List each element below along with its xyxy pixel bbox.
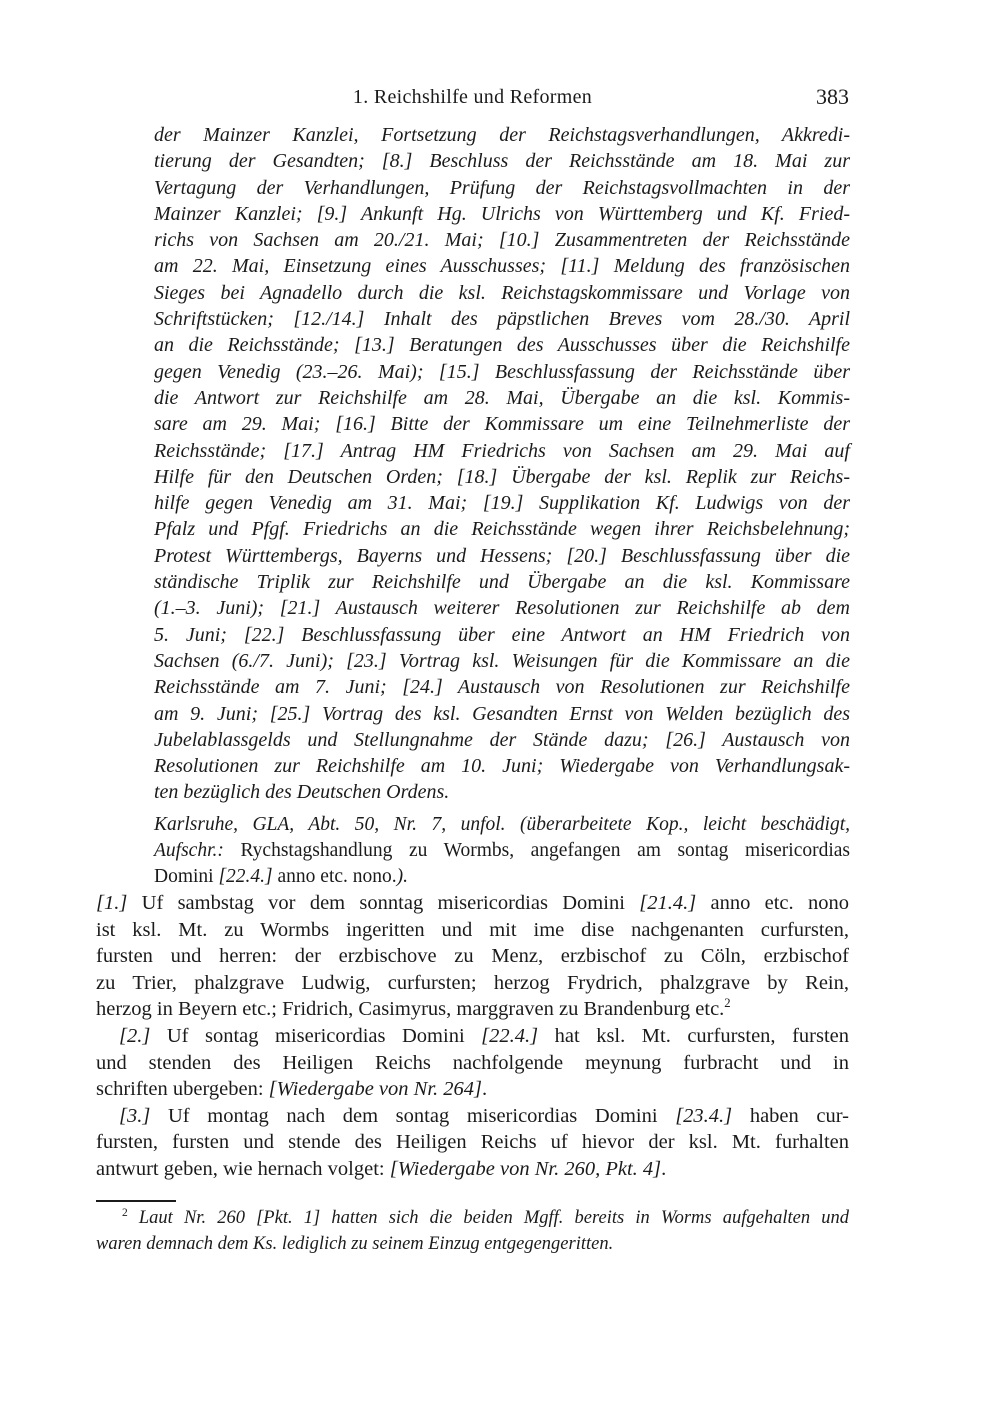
- text-line: [1.] Uf sambstag vor dem sonntag miseric…: [96, 890, 849, 917]
- text-line: richs von Sachsen am 20./21. Mai; [10.] …: [154, 227, 850, 253]
- text-line: hilfe gegen Venedig am 31. Mai; [19.] Su…: [154, 490, 850, 516]
- summary-paragraph: der Mainzer Kanzlei, Fortsetzung der Rei…: [154, 122, 850, 806]
- text-line: (1.–3. Juni); [21.] Austausch weiterer R…: [154, 595, 850, 621]
- text-line: ist ksl. Mt. zu Wormbs ingeritten und mi…: [96, 917, 849, 944]
- body-paragraph: [1.] Uf sambstag vor dem sonntag miseric…: [96, 890, 849, 1023]
- footnote: 2 Laut Nr. 260 [Pkt. 1] hatten sich die …: [96, 1205, 849, 1257]
- text-line: Resolutionen zur Reichshilfe am 10. Juni…: [154, 753, 850, 779]
- text-line: [2.] Uf sontag misericordias Domini [22.…: [96, 1023, 849, 1050]
- text-line: Jubelablassgelds und Stellungnahme der S…: [154, 727, 850, 753]
- text-line: gegen Venedig (23.–26. Mai); [15.] Besch…: [154, 359, 850, 385]
- text-line: am 9. Juni; [25.] Vortrag des ksl. Gesan…: [154, 701, 850, 727]
- page-header: 1. Reichshilfe und Reformen 383: [96, 86, 849, 112]
- text-line: Pfalz und Pfgf. Friedrichs an die Reichs…: [154, 516, 850, 542]
- text-line: Protest Württembergs, Bayerns und Hessen…: [154, 543, 850, 569]
- body-paragraph: [3.] Uf montag nach dem sontag misericor…: [96, 1103, 849, 1183]
- text-line: 2 Laut Nr. 260 [Pkt. 1] hatten sich die …: [96, 1205, 849, 1231]
- text-line: Aufschr.: Rychstagshandlung zu Wormbs, a…: [154, 838, 850, 864]
- text-line: 5. Juni; [22.] Beschlussfassung über ein…: [154, 622, 850, 648]
- text-line: antwurt geben, wie hernach volget: [Wied…: [96, 1156, 849, 1183]
- source-note: Karlsruhe, GLA, Abt. 50, Nr. 7, unfol. (…: [154, 812, 850, 890]
- text-line: fursten, fursten und stende des Heiligen…: [96, 1129, 849, 1156]
- text-line: schriften ubergeben: [Wiedergabe von Nr.…: [96, 1076, 849, 1103]
- text-line: zu Trier, phalzgrave Ludwig, curfursten;…: [96, 970, 849, 997]
- running-title: 1. Reichshilfe und Reformen: [96, 86, 849, 109]
- text-line: fursten und herren: der erzbischove zu M…: [96, 943, 849, 970]
- text-line: an die Reichsstände; [13.] Beratungen de…: [154, 332, 850, 358]
- text-line: Karlsruhe, GLA, Abt. 50, Nr. 7, unfol. (…: [154, 812, 850, 838]
- text-line: herzog in Beyern etc.; Fridrich, Casimyr…: [96, 996, 849, 1023]
- text-line: und stenden des Heiligen Reichs nachfolg…: [96, 1050, 849, 1077]
- book-page: 1. Reichshilfe und Reformen 383 der Main…: [0, 0, 1004, 1418]
- text-line: sare am 29. Mai; [16.] Bitte der Kommiss…: [154, 411, 850, 437]
- body-paragraph: [2.] Uf sontag misericordias Domini [22.…: [96, 1023, 849, 1103]
- text-line: Reichsstände; [17.] Antrag HM Friedrichs…: [154, 438, 850, 464]
- text-line: Sachsen (6./7. Juni); [23.] Vortrag ksl.…: [154, 648, 850, 674]
- text-line: die Antwort zur Reichshilfe am 28. Mai, …: [154, 385, 850, 411]
- text-line: ten bezüglich des Deutschen Ordens.: [154, 779, 850, 805]
- text-line: Vertagung der Verhandlungen, Prüfung der…: [154, 175, 850, 201]
- text-line: [3.] Uf montag nach dem sontag misericor…: [96, 1103, 849, 1130]
- text-line: der Mainzer Kanzlei, Fortsetzung der Rei…: [154, 122, 850, 148]
- text-line: waren demnach dem Ks. lediglich zu seine…: [96, 1231, 849, 1257]
- body-text: [1.] Uf sambstag vor dem sonntag miseric…: [96, 890, 849, 1183]
- page-number: 383: [816, 84, 849, 110]
- text-line: Reichsstände am 7. Juni; [24.] Austausch…: [154, 674, 850, 700]
- text-line: am 22. Mai, Einsetzung eines Ausschusses…: [154, 253, 850, 279]
- text-line: Sieges bei Agnadello durch die ksl. Reic…: [154, 280, 850, 306]
- footnote-separator: [96, 1200, 176, 1202]
- text-line: Domini [22.4.] anno etc. nono.).: [154, 864, 850, 890]
- text-line: Schriftstücken; [12./14.] Inhalt des päp…: [154, 306, 850, 332]
- text-line: Hilfe für den Deutschen Orden; [18.] Übe…: [154, 464, 850, 490]
- text-line: Mainzer Kanzlei; [9.] Ankunft Hg. Ulrich…: [154, 201, 850, 227]
- text-line: tierung der Gesandten; [8.] Beschluss de…: [154, 148, 850, 174]
- text-line: ständische Triplik zur Reichshilfe und Ü…: [154, 569, 850, 595]
